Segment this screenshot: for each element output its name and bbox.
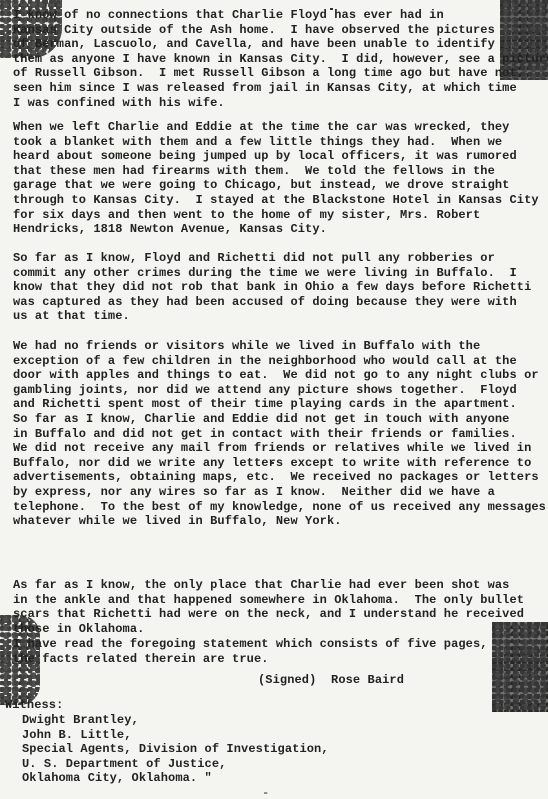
statement-line: heard about someone being jumped up by l… <box>13 149 517 163</box>
statement-line: I have read the foregoing statement whic… <box>13 637 488 651</box>
signature-line: (Signed) Rose Baird <box>258 673 404 687</box>
statement-line: We had no friends or visitors while we l… <box>13 339 480 353</box>
statement-line: the facts related therein are true. <box>13 652 269 666</box>
statement-line: and Richetti spent most of their time pl… <box>13 397 517 411</box>
punch-hole-smudge <box>492 622 548 712</box>
statement-line: commit any other crimes during the time … <box>13 266 517 280</box>
statement-line: When we left Charlie and Eddie at the ti… <box>13 120 509 134</box>
statement-line: I know of no connections that Charlie Fl… <box>13 8 444 22</box>
witness-line: John B. Little, <box>22 728 132 742</box>
statement-line: garage that we were going to Chicago, bu… <box>13 178 509 192</box>
witness-line: Oklahoma City, Oklahoma. " <box>22 771 212 785</box>
speck <box>271 462 274 464</box>
page-mark: - <box>262 786 269 799</box>
statement-line: We did not receive any mail from friends… <box>13 441 531 455</box>
speck <box>330 8 333 10</box>
statement-line: exception of a few children in the neigh… <box>13 354 517 368</box>
statement-line: know that they did not rob that bank in … <box>13 280 531 294</box>
statement-line: So far as I know, Charlie and Eddie did … <box>13 412 509 426</box>
statement-line: that these men had firearms with them. W… <box>13 164 495 178</box>
document-page: I know of no connections that Charlie Fl… <box>0 0 548 799</box>
statement-line: Hendricks, 1818 Newton Avenue, Kansas Ci… <box>13 222 327 236</box>
statement-line: Kansas City outside of the Ash home. I h… <box>13 23 495 37</box>
statement-line: through to Kansas City. I stayed at the … <box>13 193 539 207</box>
statement-line: door with apples and things to eat. We d… <box>13 368 539 382</box>
statement-line: us at that time. <box>13 309 130 323</box>
statement-line: scars that Richetti had were on the neck… <box>13 607 524 621</box>
statement-line: of Berman, Lascuolo, and Cavella, and ha… <box>13 37 495 51</box>
statement-line: in Buffalo and did not get in contact wi… <box>13 427 517 441</box>
statement-line: for six days and then went to the home o… <box>13 208 480 222</box>
statement-line: I was confined with his wife. <box>13 96 225 110</box>
statement-line: was captured as they had been accused of… <box>13 295 517 309</box>
statement-line: So far as I know, Floyd and Richetti did… <box>13 251 495 265</box>
witness-line: Special Agents, Division of Investigatio… <box>22 742 329 756</box>
statement-line: by express, nor any wires so far as I kn… <box>13 485 495 499</box>
statement-line: them as anyone I have known in Kansas Ci… <box>13 52 548 66</box>
statement-line: whatever while we lived in Buffalo, New … <box>13 514 342 528</box>
statement-line: seen him since I was released from jail … <box>13 81 517 95</box>
statement-line: took a blanket with them and a few littl… <box>13 135 502 149</box>
statement-line: telephone. To the best of my knowledge, … <box>13 500 546 514</box>
statement-line: advertisements, obtaining maps, etc. We … <box>13 470 539 484</box>
statement-line: As far as I know, the only place that Ch… <box>13 578 509 592</box>
statement-line: of Russell Gibson. I met Russell Gibson … <box>13 66 517 80</box>
witness-line: U. S. Department of Justice, <box>22 757 226 771</box>
statement-line: those in Oklahoma. <box>13 622 144 636</box>
witness-line: Dwight Brantley, <box>22 713 139 727</box>
witness-label: Witness: <box>5 698 63 712</box>
statement-line: gambling joints, nor did we attend any p… <box>13 383 517 397</box>
statement-line: in the ankle and that happened somewhere… <box>13 593 524 607</box>
